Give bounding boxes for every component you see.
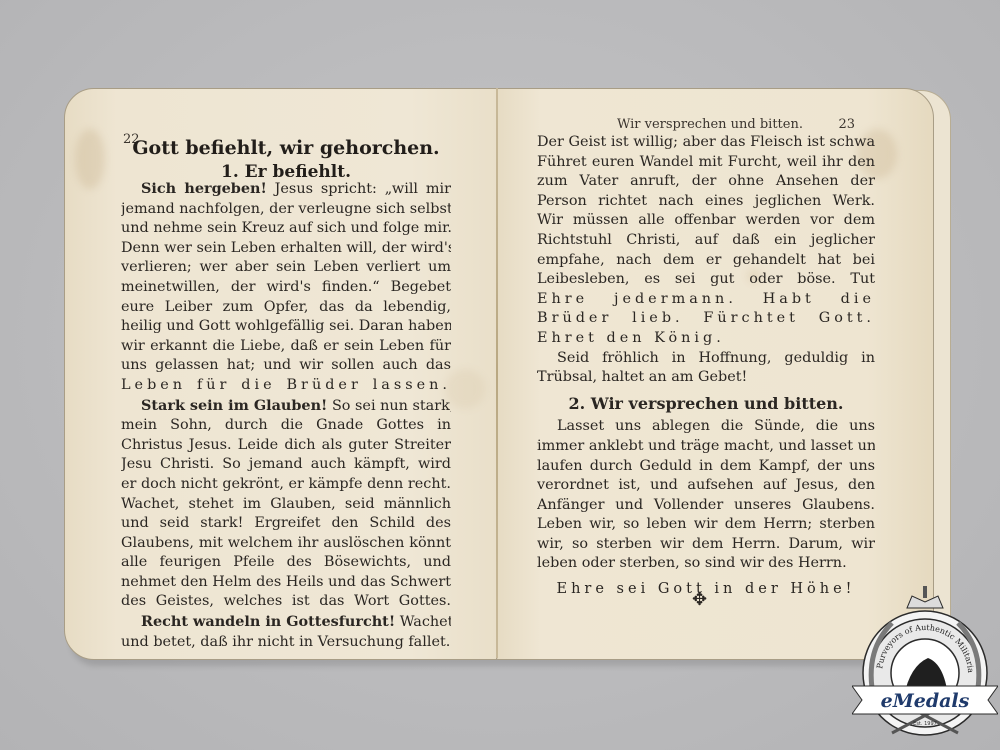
text-line: Person richtet nach eines jeglichen Werk… [537, 192, 875, 212]
text-line: und seid stark! Ergreifet den Schild des [121, 514, 451, 534]
binding-gutter [496, 88, 498, 658]
body-text: Der Geist ist willig; aber das Fleisch i… [537, 133, 875, 600]
text-line: Sich hergeben! Jesus spricht: „will mir [121, 179, 451, 200]
text-line: nehmet den Helm des Heils und das Schwer… [121, 573, 451, 593]
paragraph-group-2: Lasset uns ablegen die Sünde, die unsimm… [537, 417, 875, 574]
section-heading: 2. Wir versprechen und bitten. [537, 394, 875, 414]
page-title: Gott befiehlt, wir gehorchen. [121, 137, 451, 159]
text-line: Seid fröhlich in Hoffnung, geduldig in [537, 349, 875, 369]
text-line: Führet euren Wandel mit Furcht, weil ihr… [537, 153, 875, 173]
text-line: und betet, daß ihr nicht in Versuchung f… [121, 633, 451, 653]
text-line: Christus Jesus. Leide dich als guter Str… [121, 436, 451, 456]
text-line: empfahe, nach dem er gehandelt hat bei [537, 251, 875, 271]
ornament-icon: ✥ [692, 589, 707, 610]
brand-name: eMedals [881, 690, 970, 712]
text-line: meinetwillen, der wird's finden.“ Begebe… [121, 278, 451, 298]
text-line: verordnet ist, und aufsehen auf Jesus, d… [537, 476, 875, 496]
text-line: Wir müssen alle offenbar werden vor dem [537, 211, 875, 231]
text-line: Leben für die Brüder lassen. [121, 376, 451, 396]
text-line: Richtstuhl Christi, auf daß ein jegliche… [537, 231, 875, 251]
text-line: des Geistes, welches ist das Wort Gottes… [121, 592, 451, 612]
text-line: verlieren; wer aber sein Leben verliert … [121, 258, 451, 278]
text-line: heilig und Gott wohlgefällig sei. Daran … [121, 317, 451, 337]
text-line: alle feurigen Pfeile des Bösewichts, und [121, 553, 451, 573]
text-line: Brüder lieb. Fürchtet Gott. [537, 309, 875, 329]
open-booklet: 22 Gott befiehlt, wir gehorchen. 1. Er b… [64, 88, 949, 662]
text-line: zum Vater anruft, der ohne Ansehen der [537, 172, 875, 192]
text-line: mein Sohn, durch die Gnade Gottes in [121, 416, 451, 436]
right-page: Wir versprechen und bitten. 23 Der Geist… [496, 88, 934, 660]
text-line: Denn wer sein Leben erhalten will, der w… [121, 239, 451, 259]
text-line: Recht wandeln in Gottesfurcht! Wachet [121, 612, 451, 633]
bold-lead-phrase: Recht wandeln in Gottesfurcht! [141, 613, 395, 630]
text-line: leben oder sterben, so sind wir des Herr… [537, 554, 875, 574]
text-line: wir, so sterben wir dem Herrn. Darum, wi… [537, 535, 875, 555]
text-line: Ehret den König. [537, 329, 875, 349]
bold-lead-phrase: Stark sein im Glauben! [141, 397, 327, 414]
text-line: Trübsal, haltet an am Gebet! [537, 368, 875, 388]
text-line: Lasset uns ablegen die Sünde, die uns [537, 417, 875, 437]
text-line: und nehme sein Kreuz auf sich und folge … [121, 219, 451, 239]
body-text: Sich hergeben! Jesus spricht: „will mirj… [121, 179, 451, 652]
paragraph-group-1: Der Geist ist willig; aber das Fleisch i… [537, 133, 875, 388]
left-page: 22 Gott befiehlt, wir gehorchen. 1. Er b… [64, 88, 498, 660]
paper-stain [445, 369, 485, 409]
text-line: Jesu Christi. So jemand auch kämpft, wir… [121, 455, 451, 475]
page-number: 23 [838, 117, 855, 132]
text-line: Anfänger und Vollender unseres Glaubens. [537, 496, 875, 516]
text-line: laufen durch Geduld in dem Kampf, der un… [537, 457, 875, 477]
paper-stain [75, 129, 105, 189]
emedals-logo: eMedals Est. 1997 Purveyors of Authentic… [852, 578, 998, 750]
text-line: Leibesleben, es sei gut oder böse. Tut [537, 270, 875, 290]
bold-lead-phrase: Sich hergeben! [141, 180, 267, 197]
text-line: Wachet, stehet im Glauben, seid männlich [121, 495, 451, 515]
established-label: Est. 1997 [913, 721, 937, 727]
text-line: Glaubens, mit welchem ihr auslöschen kön… [121, 534, 451, 554]
text-line: immer anklebt und träge macht, und lasse… [537, 437, 875, 457]
text-line: eure Leiber zum Opfer, das da lebendig, [121, 298, 451, 318]
text-line: wir erkannt die Liebe, daß er sein Leben… [121, 337, 451, 357]
text-line: Ehre jedermann. Habt die [537, 290, 875, 310]
text-line: er doch nicht gekrönt, er kämpfe denn re… [121, 475, 451, 495]
text-line: Leben wir, so leben wir dem Herrn; sterb… [537, 515, 875, 535]
text-line: Der Geist ist willig; aber das Fleisch i… [537, 133, 875, 153]
running-head: Wir versprechen und bitten. [617, 117, 803, 132]
text-line: jemand nachfolgen, der verleugne sich se… [121, 200, 451, 220]
text-line: uns gelassen hat; und wir sollen auch da… [121, 356, 451, 376]
text-line: Stark sein im Glauben! So sei nun stark, [121, 396, 451, 417]
